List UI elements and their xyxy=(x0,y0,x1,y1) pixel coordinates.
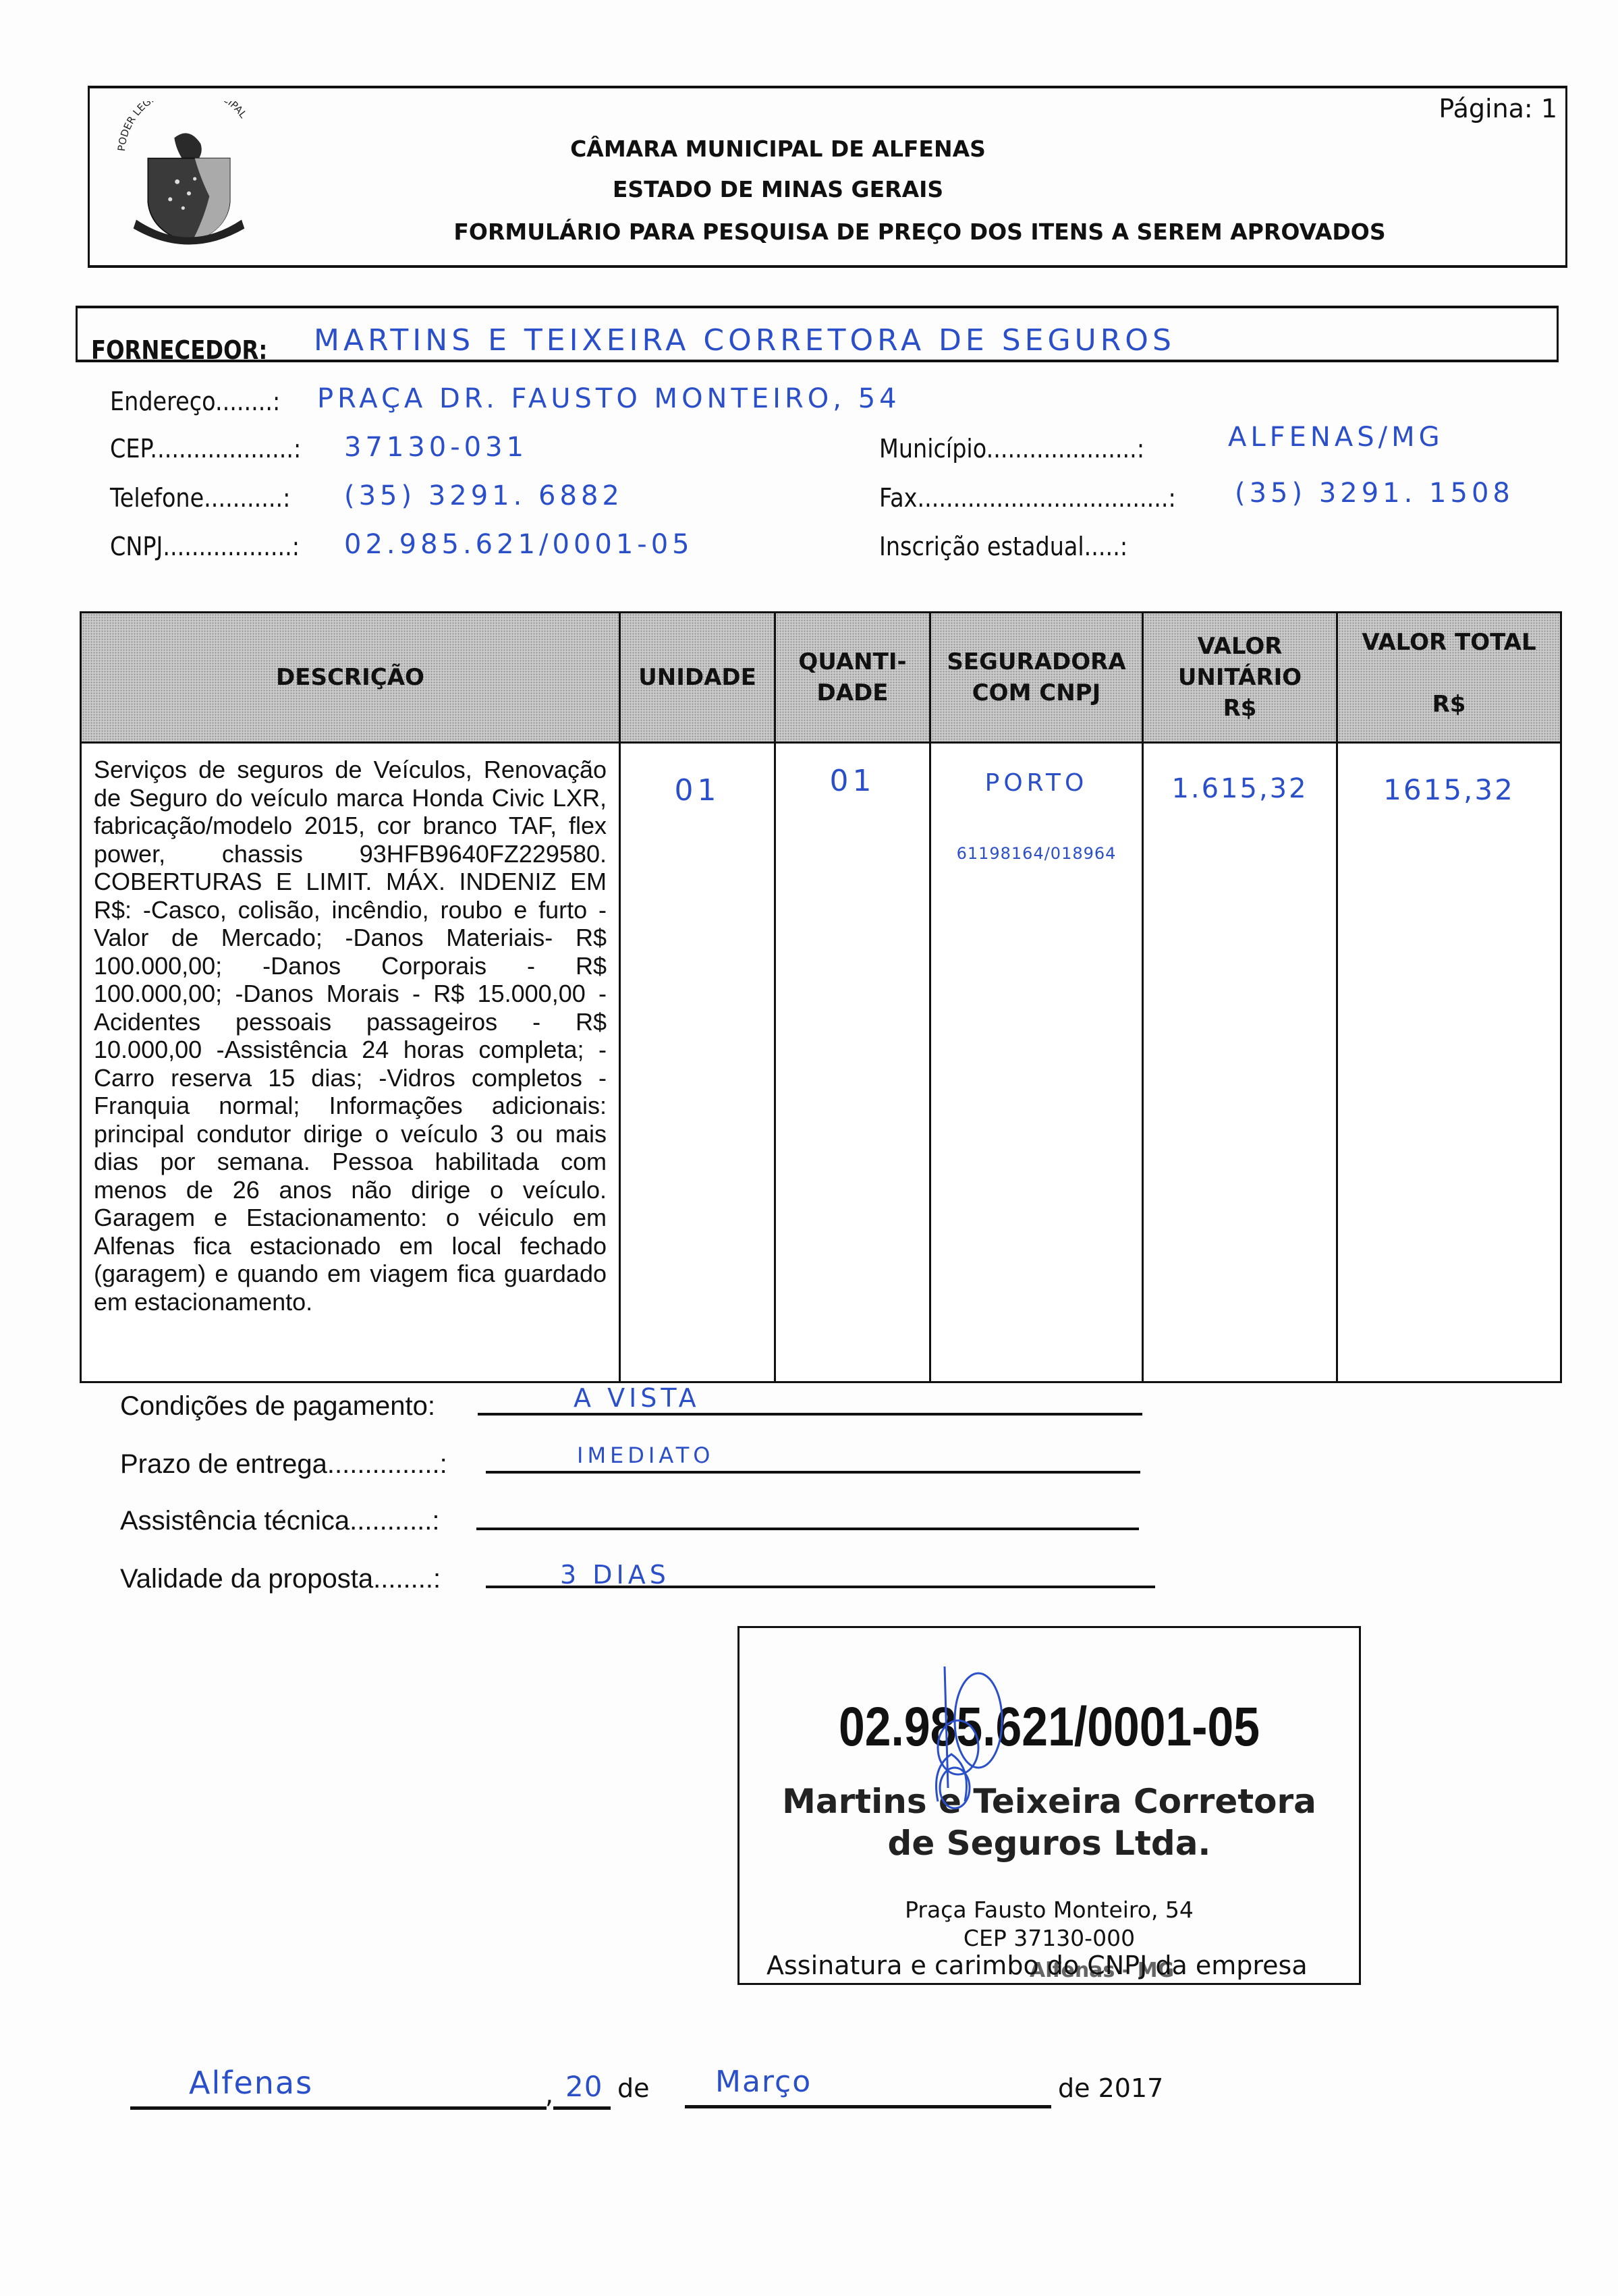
cnpj-label: CNPJ..................: xyxy=(110,532,300,561)
supplier-name-field[interactable]: MARTINS E TEIXEIRA CORRETORA DE SEGUROS xyxy=(314,323,1175,358)
date-comma: , xyxy=(545,2079,553,2109)
cep-field[interactable]: 37130-031 xyxy=(344,432,528,463)
inscricao-label: Inscrição estadual.....: xyxy=(879,532,1127,561)
date-month-field[interactable]: Março xyxy=(715,2065,812,2099)
title-camara: CÂMARA MUNICIPAL DE ALFENAS xyxy=(441,136,1115,162)
city-underline xyxy=(130,2106,547,2110)
telefone-field[interactable]: (35) 3291. 6882 xyxy=(344,480,623,511)
header-descricao: DESCRIÇÃO xyxy=(81,613,620,743)
day-underline xyxy=(553,2106,611,2110)
endereco-field[interactable]: PRAÇA DR. FAUSTO MONTEIRO, 54 xyxy=(317,383,901,414)
pagamento-underline xyxy=(478,1413,1142,1416)
items-table: DESCRIÇÃO UNIDADE QUANTI-DADE SEGURADORA… xyxy=(80,611,1562,1383)
page-number: Página: 1 xyxy=(1439,94,1557,123)
seguradora-name: PORTO xyxy=(985,769,1088,797)
municipio-field[interactable]: ALFENAS/MG xyxy=(1228,422,1444,453)
header-valor-total: VALOR TOTALR$ xyxy=(1337,613,1561,743)
table-row: Serviços de seguros de Veículos, Renovaç… xyxy=(81,743,1561,1382)
signature-icon xyxy=(924,1667,1059,1916)
supplier-box: FORNECEDOR: MARTINS E TEIXEIRA CORRETORA… xyxy=(76,306,1559,362)
table-header-row: DESCRIÇÃO UNIDADE QUANTI-DADE SEGURADORA… xyxy=(81,613,1561,743)
header-unidade: UNIDADE xyxy=(620,613,775,743)
cnpj-field[interactable]: 02.985.621/0001-05 xyxy=(344,529,694,560)
cell-unidade[interactable]: 01 xyxy=(620,743,775,1382)
municipio-label: Município.....................: xyxy=(879,434,1144,464)
pagamento-label: Condições de pagamento: xyxy=(120,1391,435,1422)
header-seguradora: SEGURADORACOM CNPJ xyxy=(930,613,1143,743)
month-underline xyxy=(685,2105,1051,2108)
prazo-field[interactable]: IMEDIATO xyxy=(577,1443,714,1468)
header-box: Página: 1 CÂMARA MUNICIPAL DE ALFENAS ES… xyxy=(88,86,1567,268)
title-estado: ESTADO DE MINAS GERAIS xyxy=(441,176,1115,202)
assistencia-label: Assistência técnica...........: xyxy=(120,1506,440,1536)
prazo-label: Prazo de entrega...............: xyxy=(120,1449,447,1480)
endereco-label: Endereço........: xyxy=(110,387,280,416)
cell-valor-unitario[interactable]: 1.615,32 xyxy=(1143,743,1337,1382)
title-formulario: FORMULÁRIO PARA PESQUISA DE PREÇO DOS IT… xyxy=(393,219,1446,245)
date-year-label: de 2017 xyxy=(1058,2073,1163,2103)
validade-label: Validade da proposta........: xyxy=(120,1564,441,1594)
supplier-label: FORNECEDOR: xyxy=(91,335,267,365)
assistencia-underline xyxy=(476,1528,1139,1530)
coat-of-arms-logo: PODER LEGISLATIVO MUNICIPAL xyxy=(101,101,277,256)
signature-caption: Assinatura e carimbo do CNPJ da empresa xyxy=(766,1951,1308,1980)
validade-field[interactable]: 3 DIAS xyxy=(560,1560,670,1590)
header-valor-unitario: VALORUNITÁRIOR$ xyxy=(1143,613,1337,743)
cell-seguradora[interactable]: PORTO 61198164/018964 xyxy=(930,743,1143,1382)
pagamento-field[interactable]: A VISTA xyxy=(574,1383,700,1413)
date-day-field[interactable]: 20 xyxy=(565,2070,603,2103)
stamp-cep: CEP 37130-000 xyxy=(740,1925,1359,1951)
seguradora-cnpj: 61198164/018964 xyxy=(932,844,1141,863)
cell-quantidade[interactable]: 01 xyxy=(775,743,930,1382)
cell-valor-total[interactable]: 1615,32 xyxy=(1337,743,1561,1382)
header-quantidade: QUANTI-DADE xyxy=(775,613,930,743)
fax-label: Fax...................................: xyxy=(879,483,1176,513)
date-de-label: de xyxy=(617,2073,650,2103)
cep-label: CEP....................: xyxy=(110,434,301,464)
cell-descricao: Serviços de seguros de Veículos, Renovaç… xyxy=(81,743,620,1382)
fax-field[interactable]: (35) 3291. 1508 xyxy=(1235,478,1514,509)
telefone-label: Telefone...........: xyxy=(110,483,290,513)
prazo-underline xyxy=(486,1471,1140,1474)
date-city-field[interactable]: Alfenas xyxy=(189,2065,313,2101)
